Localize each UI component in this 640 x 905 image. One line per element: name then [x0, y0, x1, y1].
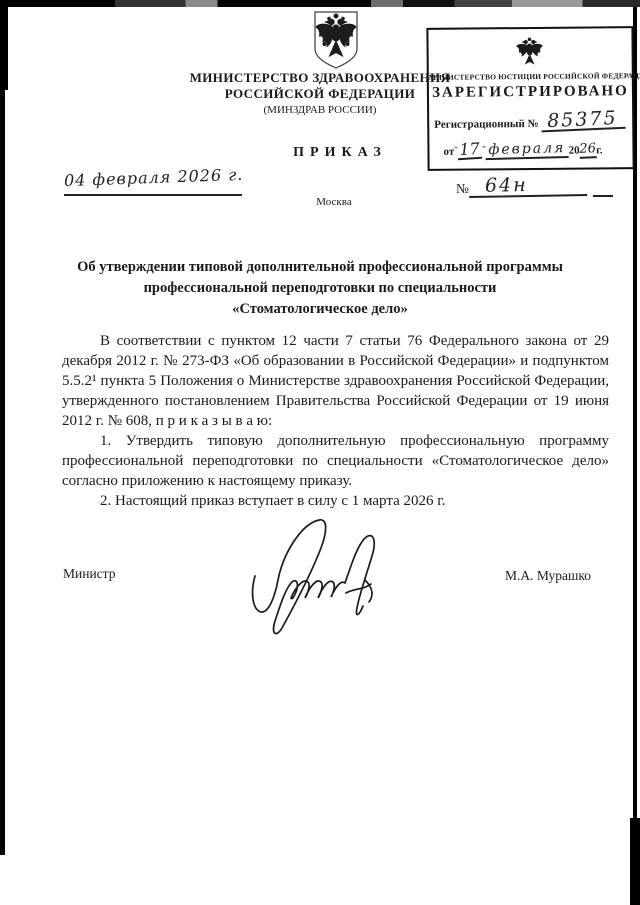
- order-title-line1: Об утверждении типовой дополнительной пр…: [60, 257, 580, 278]
- ministry-name-line2: РОССИЙСКОЙ ФЕДЕРАЦИИ: [160, 86, 480, 102]
- body-paragraph-item1: 1. Утвердить типовую дополнительную проф…: [62, 431, 609, 491]
- stamp-date-year-handwritten: 26: [579, 142, 596, 159]
- scan-edge-bottom: [0, 0, 640, 7]
- justice-ministry-eagle-icon: [514, 33, 544, 69]
- signatory-name: М.А. Мурашко: [505, 568, 591, 584]
- order-title: Об утверждении типовой дополнительной пр…: [60, 257, 580, 320]
- scanned-order-page: МИНИСТЕРСТВО ЗДРАВООХРАНЕНИЯ РОССИЙСКОЙ …: [0, 0, 640, 905]
- stamp-date-century-printed: 20: [569, 144, 580, 159]
- order-title-line2: профессиональной переподготовки по специ…: [60, 278, 580, 299]
- scan-edge-right-lower: [630, 818, 640, 905]
- number-blank-dash: [593, 176, 613, 197]
- order-number-line: № 64н: [456, 176, 613, 197]
- body-paragraph-item2: 2. Настоящий приказ вступает в силу с 1 …: [62, 491, 609, 511]
- stamp-registration-label: Регистрационный №: [434, 117, 539, 132]
- body-paragraph-preamble: В соответствии с пунктом 12 части 7 стат…: [62, 331, 609, 431]
- order-date-handwritten: 04 февраля 2026 г.: [64, 165, 243, 190]
- stamp-date-prefix: от: [443, 145, 454, 160]
- stamp-date-line: от “ 17 ” февраля 20 26 г.: [443, 138, 602, 159]
- stamp-date-day-handwritten: 17: [457, 141, 482, 160]
- order-number-handwritten: 64н: [469, 175, 587, 198]
- signatory-role: Министр: [63, 566, 115, 582]
- ministry-short-name: (МИНЗДРАВ РОССИИ): [160, 103, 480, 117]
- order-date-blank: 04 февраля 2026 г.: [64, 168, 242, 196]
- city-label: Москва: [284, 196, 384, 208]
- order-heading: ПРИКАЗ: [240, 145, 440, 161]
- scan-edge-left: [0, 90, 5, 855]
- order-body: В соответствии с пунктом 12 части 7 стат…: [62, 331, 609, 511]
- signature-autograph: [225, 516, 405, 641]
- number-sign: №: [456, 181, 469, 197]
- order-title-line3: «Стоматологическое дело»: [60, 299, 580, 320]
- russia-coat-of-arms-icon: [311, 9, 361, 71]
- stamp-date-suffix: г.: [596, 143, 603, 158]
- stamp-registration-number-handwritten: 85375: [541, 109, 626, 133]
- ministry-letterhead: МИНИСТЕРСТВО ЗДРАВООХРАНЕНИЯ РОССИЙСКОЙ …: [160, 70, 480, 117]
- stamp-date-month-handwritten: февраля: [485, 141, 568, 160]
- scan-edge-left-upper: [0, 0, 8, 90]
- ministry-name-line1: МИНИСТЕРСТВО ЗДРАВООХРАНЕНИЯ: [160, 70, 480, 86]
